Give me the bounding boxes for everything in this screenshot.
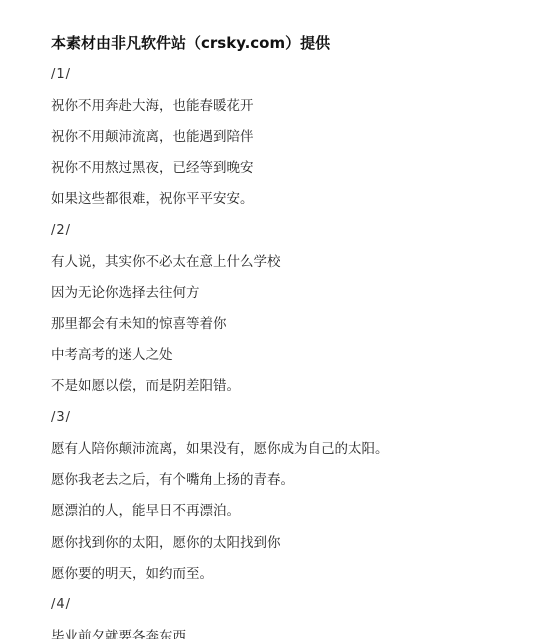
paragraph-line: 不是如愿以偿，而是阴差阳错。 xyxy=(51,377,240,395)
paragraph-line: 中考高考的迷人之处 xyxy=(51,346,173,364)
paragraph-line: 愿漂泊的人，能早日不再漂泊。 xyxy=(51,502,240,520)
paragraph-line: 祝你不用奔赴大海，也能春暖花开 xyxy=(51,97,254,115)
paragraph-line: 愿有人陪你颠沛流离，如果没有，愿你成为自己的太阳。 xyxy=(51,440,389,458)
paragraph-line: 愿你要的明天，如约而至。 xyxy=(51,565,213,583)
paragraph-line: 祝你不用熬过黑夜，已经等到晚安 xyxy=(51,159,254,177)
paragraph-line: 愿你我老去之后，有个嘴角上扬的青春。 xyxy=(51,471,294,489)
section-marker-3: /3/ xyxy=(51,409,71,427)
paragraph-line: 那里都会有未知的惊喜等着你 xyxy=(51,315,227,333)
paragraph-line: 祝你不用颠沛流离，也能遇到陪伴 xyxy=(51,128,254,146)
section-marker-2: /2/ xyxy=(51,222,71,240)
section-marker-4: /4/ xyxy=(51,596,71,614)
section-marker-1: /1/ xyxy=(51,66,71,84)
paragraph-line: 如果这些都很难，祝你平平安安。 xyxy=(51,190,254,208)
paragraph-line: 愿你找到你的太阳，愿你的太阳找到你 xyxy=(51,534,281,552)
paragraph-line: 毕业前夕就要各奔东西 xyxy=(51,628,186,639)
document-title: 本素材由非凡软件站（crsky.com）提供 xyxy=(51,33,330,53)
paragraph-line: 有人说，其实你不必太在意上什么学校 xyxy=(51,253,281,271)
paragraph-line: 因为无论你选择去往何方 xyxy=(51,284,200,302)
